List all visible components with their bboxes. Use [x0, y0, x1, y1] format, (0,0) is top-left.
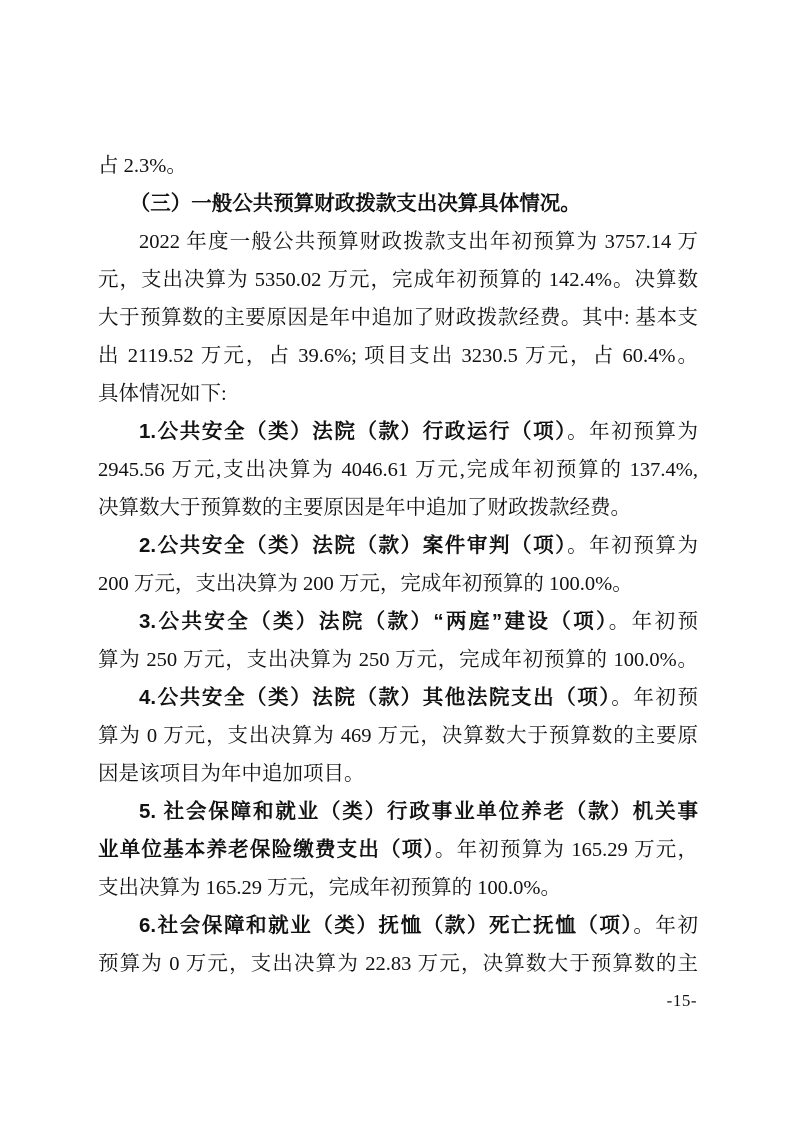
plain-text: 决算数大于预算数的主要原因是年中追加了财政拨款经费。: [98, 497, 631, 519]
document-body: 占 2.3%。 （三）一般公共预算财政拨款支出决算具体情况。 2022 年度一般…: [98, 147, 698, 983]
document-page: 占 2.3%。 （三）一般公共预算财政拨款支出决算具体情况。 2022 年度一般…: [0, 0, 793, 1122]
plain-text: 。年初预算为: [567, 535, 698, 557]
plain-text: 。年初: [633, 915, 698, 937]
item-lead-line: 4.公共安全（类）法院（款）其他法院支出（项）。年初预: [98, 679, 698, 717]
body-line: 支出决算为 165.29 万元，完成年初预算的 100.0%。: [98, 869, 698, 907]
item-lead-line: 2.公共安全（类）法院（款）案件审判（项）。年初预算为: [98, 527, 698, 565]
plain-text: 出 2119.52 万元，占 39.6%; 项目支出 3230.5 万元，占 6…: [98, 345, 698, 367]
bold-text: 业单位基本养老保险缴费支出（项）: [98, 838, 435, 861]
body-line: 因是该项目为年中追加项目。: [98, 755, 698, 793]
section-heading: （三）一般公共预算财政拨款支出决算具体情况。: [98, 185, 698, 223]
plain-text: 支出决算为 165.29 万元，完成年初预算的 100.0%。: [98, 877, 561, 899]
bold-text: 1.公共安全（类）法院（款）行政运行（项）: [139, 420, 567, 443]
item-lead-line: 6.社会保障和就业（类）抚恤（款）死亡抚恤（项）。年初: [98, 907, 698, 945]
plain-text: 算为 250 万元，支出决算为 250 万元，完成年初预算的 100.0%。: [98, 649, 698, 671]
body-line: 算为 0 万元，支出决算为 469 万元，决算数大于预算数的主要原: [98, 717, 698, 755]
plain-text: 。年初预: [611, 687, 698, 709]
body-line: 占 2.3%。: [98, 147, 698, 185]
body-line: 算为 250 万元，支出决算为 250 万元，完成年初预算的 100.0%。: [98, 641, 698, 679]
plain-text: 算为 0 万元，支出决算为 469 万元，决算数大于预算数的主要原: [98, 725, 698, 747]
bold-text: 3.公共安全（类）法院（款）“两庭”建设（项）: [139, 610, 609, 633]
plain-text: 2945.56 万元,支出决算为 4046.61 万元,完成年初预算的 137.…: [98, 459, 698, 481]
bold-text: （三）一般公共预算财政拨款支出决算具体情况。: [130, 192, 581, 215]
plain-text: 。年初预算为 165.29 万元，: [435, 839, 698, 861]
bold-text: 6.社会保障和就业（类）抚恤（款）死亡抚恤（项）: [139, 914, 633, 937]
plain-text: 元，支出决算为 5350.02 万元，完成年初预算的 142.4%。决算数: [98, 269, 698, 291]
bold-text: 2.公共安全（类）法院（款）案件审判（项）: [139, 534, 567, 557]
body-line: 2945.56 万元,支出决算为 4046.61 万元,完成年初预算的 137.…: [98, 451, 698, 489]
item-lead-line: 1.公共安全（类）法院（款）行政运行（项）。年初预算为: [98, 413, 698, 451]
item-lead-line: 3.公共安全（类）法院（款）“两庭”建设（项）。年初预: [98, 603, 698, 641]
body-line: 2022 年度一般公共预算财政拨款支出年初预算为 3757.14 万: [98, 223, 698, 261]
body-line: 决算数大于预算数的主要原因是年中追加了财政拨款经费。: [98, 489, 698, 527]
plain-text: 2022 年度一般公共预算财政拨款支出年初预算为 3757.14 万: [139, 231, 698, 253]
body-line: 预算为 0 万元，支出决算为 22.83 万元，决算数大于预算数的主: [98, 945, 698, 983]
body-line: 大于预算数的主要原因是年中追加了财政拨款经费。其中: 基本支: [98, 299, 698, 337]
bold-text: 4.公共安全（类）法院（款）其他法院支出（项）: [139, 686, 611, 709]
plain-text: 。年初预: [609, 611, 698, 633]
body-line: 出 2119.52 万元，占 39.6%; 项目支出 3230.5 万元，占 6…: [98, 337, 698, 375]
plain-text: 预算为 0 万元，支出决算为 22.83 万元，决算数大于预算数的主: [98, 953, 698, 975]
body-line: 200 万元，支出决算为 200 万元，完成年初预算的 100.0%。: [98, 565, 698, 603]
body-line: 业单位基本养老保险缴费支出（项）。年初预算为 165.29 万元，: [98, 831, 698, 869]
page-number: -15-: [667, 991, 697, 1011]
plain-text: 因是该项目为年中追加项目。: [98, 763, 365, 785]
plain-text: 占 2.3%。: [98, 155, 187, 177]
bold-text: 5. 社会保障和就业（类）行政事业单位养老（款）机关事: [139, 800, 698, 823]
plain-text: 200 万元，支出决算为 200 万元，完成年初预算的 100.0%。: [98, 573, 633, 595]
plain-text: 大于预算数的主要原因是年中追加了财政拨款经费。其中: 基本支: [98, 307, 698, 329]
plain-text: 具体情况如下:: [98, 383, 227, 405]
plain-text: 。年初预算为: [567, 421, 698, 443]
item-lead-line: 5. 社会保障和就业（类）行政事业单位养老（款）机关事: [98, 793, 698, 831]
body-line: 元，支出决算为 5350.02 万元，完成年初预算的 142.4%。决算数: [98, 261, 698, 299]
body-line: 具体情况如下:: [98, 375, 698, 413]
